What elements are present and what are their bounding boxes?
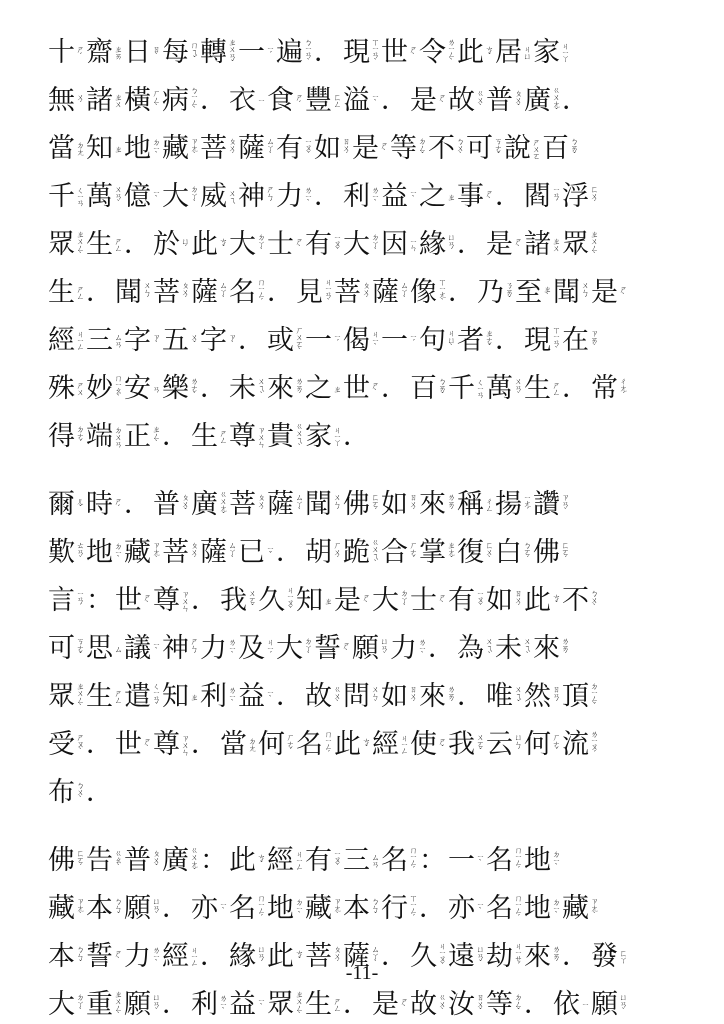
hanzi: 願	[352, 635, 379, 662]
zhuyin-annotation: ㄨˊ	[76, 93, 84, 108]
zhuyin-annotation: ㄗㄨㄣ	[181, 590, 189, 611]
zhuyin-annotation: ㄓㄞ	[114, 45, 122, 59]
hanzi: 如	[314, 135, 341, 162]
annotated-character: 眾ㄓㄨㄥˋ	[48, 230, 84, 259]
punctuation: ．	[381, 87, 408, 114]
annotated-character: 諸ㄓㄨ	[86, 87, 122, 114]
zhuyin-annotation: ㄓㄨ	[114, 93, 122, 107]
annotated-character: 不ㄅㄨˋ	[428, 135, 464, 162]
zhuyin-annotation: ㄨㄣˋ	[371, 685, 379, 707]
hanzi: 合	[381, 539, 408, 566]
zhuyin-annotation: ㄌㄧˋ	[228, 686, 236, 706]
annotated-character: 如ㄖㄨˊ	[486, 587, 522, 614]
zhuyin-annotation: ㄕㄨㄛ	[532, 138, 540, 159]
zhuyin-annotation: ㄌㄞˊ	[447, 685, 455, 707]
page-number: -11-	[0, 962, 724, 985]
zhuyin-annotation: ㄐㄧㄡˇ	[286, 586, 294, 613]
text-line: 殊ㄕㄨ妙ㄇㄧㄠˋ安ㄢ樂ㄌㄜˋ．未ㄨㄟˋ來ㄌㄞˊ之ㄓ世ㄕˋ．百ㄅㄞˇ千ㄑㄧㄢ萬ㄨㄢ…	[48, 364, 688, 412]
hanzi: 貴	[267, 423, 294, 450]
hanzi: 千	[448, 375, 475, 402]
annotated-character: 百ㄅㄞˇ	[410, 375, 446, 402]
zhuyin-annotation: ㄕㄣˊ	[190, 637, 198, 659]
annotated-character: 菩ㄆㄨˊ	[334, 279, 370, 306]
annotated-character: 大ㄉㄚˋ	[276, 635, 312, 662]
hanzi: 大	[162, 183, 189, 210]
annotated-character: 願ㄩㄢˋ	[352, 635, 388, 662]
zhuyin-annotation: ㄉㄧˋ	[295, 898, 303, 918]
zhuyin-annotation: ㄗㄞˋ	[590, 329, 598, 351]
punctuation: ．	[124, 491, 151, 518]
annotated-character: 遣ㄑㄧㄢˇ	[124, 682, 160, 709]
annotated-character: 名ㄇㄧㄥˊ	[296, 730, 332, 757]
annotated-character: 本ㄅㄣˇ	[86, 895, 122, 922]
hanzi: 萬	[86, 183, 113, 210]
hanzi: 汝	[448, 991, 475, 1018]
annotated-character: 等ㄉㄥˇ	[486, 991, 522, 1018]
zhuyin-annotation: ㄧ	[581, 1001, 589, 1006]
zhuyin-annotation: ㄨㄣˊ	[143, 281, 151, 303]
paragraph: 十ㄕˊ齋ㄓㄞ日ㄖˋ每ㄇㄟˇ轉ㄓㄨㄢˇ一ㄧˊ遍ㄅㄧㄢˋ．現ㄒㄧㄢˋ世ㄕˋ令ㄌㄧㄥˋ…	[48, 28, 688, 460]
annotated-character: 三ㄙㄢ	[343, 847, 379, 874]
zhuyin-annotation: ㄒㄧㄢˋ	[552, 326, 560, 353]
hanzi: 來	[419, 491, 446, 518]
zhuyin-annotation: ㄈㄨˋ	[485, 541, 493, 563]
hanzi: 威	[200, 183, 227, 210]
annotated-character: 之ㄓ	[419, 183, 455, 210]
zhuyin-annotation: ㄈㄛˊ	[561, 541, 569, 563]
annotated-character: 重ㄓㄨㄥˋ	[86, 990, 122, 1019]
zhuyin-annotation: ㄆㄨˊ	[181, 281, 189, 303]
hanzi: 聞	[553, 279, 580, 306]
annotated-character: 千ㄑㄧㄢ	[48, 183, 84, 210]
hanzi: 名	[486, 895, 513, 922]
hanzi: 當	[48, 135, 75, 162]
annotated-character: 利ㄌㄧˋ	[200, 683, 236, 710]
zhuyin-annotation: ㄩㄢˋ	[619, 993, 627, 1015]
hanzi: 等	[390, 135, 417, 162]
annotated-character: 閻ㄧㄢˊ	[524, 183, 560, 210]
hanzi: 此	[524, 587, 551, 614]
hanzi: 家	[305, 423, 332, 450]
zhuyin-annotation: ㄨㄣˊ	[581, 281, 589, 303]
zhuyin-annotation: ㄕˊ	[76, 45, 84, 60]
zhuyin-annotation: ㄘˇ	[362, 737, 370, 752]
zhuyin-annotation: ㄕˋ	[143, 737, 151, 752]
hanzi: 無	[48, 87, 75, 114]
annotated-character: 橫ㄏㄥˋ	[124, 87, 160, 114]
annotated-character: 聞ㄨㄣˊ	[305, 491, 341, 518]
punctuation: ．	[314, 39, 341, 66]
zhuyin-annotation: ㄐㄧㄚ	[333, 426, 341, 445]
text-line: 當ㄉㄤ知ㄓ地ㄉㄧˋ藏ㄗㄤˋ菩ㄆㄨˊ薩ㄙㄚˋ有ㄧㄡˇ如ㄖㄨˊ是ㄕˋ等ㄉㄥˇ不ㄅㄨˋ…	[48, 124, 688, 172]
annotated-character: 有ㄧㄡˇ	[305, 231, 341, 258]
annotated-character: 萬ㄨㄢˋ	[86, 183, 122, 210]
hanzi: 我	[448, 731, 475, 758]
annotated-character: 問ㄨㄣˋ	[343, 683, 379, 710]
hanzi: 云	[486, 731, 513, 758]
zhuyin-annotation: ㄧˋ	[257, 997, 265, 1010]
hanzi: 神	[238, 183, 265, 210]
annotated-character: 字ㄗˋ	[124, 327, 160, 354]
zhuyin-annotation: ㄧˊ	[409, 333, 417, 346]
hanzi: 之	[419, 183, 446, 210]
annotated-character: 來ㄌㄞˊ	[267, 375, 303, 402]
hanzi: 問	[343, 683, 370, 710]
punctuation: ．	[86, 779, 113, 806]
zhuyin-annotation: ㄇㄧㄥˊ	[514, 846, 522, 873]
zhuyin-annotation: ㄘˇ	[485, 45, 493, 60]
punctuation: ：	[200, 847, 227, 874]
hanzi: 經	[372, 731, 399, 758]
hanzi: 有	[305, 847, 332, 874]
annotated-character: 生ㄕㄥ	[86, 683, 122, 710]
hanzi: 是	[334, 587, 361, 614]
zhuyin-annotation: ㄘˇ	[257, 853, 265, 868]
paragraph: 爾ㄦˇ時ㄕˊ．普ㄆㄨˇ廣ㄍㄨㄤˇ菩ㄆㄨˊ薩ㄙㄚˋ聞ㄨㄣˊ佛ㄈㄛˊ如ㄖㄨˊ來ㄌㄞˊ…	[48, 480, 688, 816]
hanzi: 安	[124, 375, 151, 402]
hanzi: 殊	[48, 375, 75, 402]
hanzi: 力	[200, 635, 227, 662]
annotated-character: 每ㄇㄟˇ	[162, 39, 198, 66]
hanzi: 正	[124, 423, 151, 450]
hanzi: 藏	[48, 895, 75, 922]
zhuyin-annotation: ㄑㄧㄢ	[476, 378, 484, 397]
zhuyin-annotation: ㄇㄧㄠˋ	[114, 374, 122, 401]
annotated-character: 衣ㄧ	[229, 87, 265, 114]
zhuyin-annotation: ㄌㄧˋ	[418, 638, 426, 658]
zhuyin-annotation: ㄇㄧㄥˊ	[324, 730, 332, 757]
annotated-character: 稱ㄔㄥ	[457, 491, 493, 518]
hanzi: 之	[305, 375, 332, 402]
hanzi: 百	[542, 135, 569, 162]
zhuyin-annotation: ㄕˋ	[438, 93, 446, 108]
zhuyin-annotation: ㄢ	[152, 385, 160, 392]
annotated-character: 汝ㄖㄨˇ	[448, 991, 484, 1018]
text-line: 千ㄑㄧㄢ萬ㄨㄢˋ億ㄧˋ大ㄉㄚˋ威ㄨㄟ神ㄕㄣˊ力ㄌㄧˋ．利ㄌㄧˋ益ㄧˋ之ㄓ事ㄕˋ．…	[48, 172, 688, 220]
zhuyin-annotation: ㄉㄚˋ	[371, 233, 379, 255]
hanzi: 是	[352, 135, 379, 162]
hanzi: 菩	[229, 491, 256, 518]
annotated-character: 乃ㄋㄞˇ	[477, 279, 513, 306]
hanzi: 像	[410, 279, 437, 306]
zhuyin-annotation: ㄧˇ	[266, 545, 274, 558]
zhuyin-annotation: ㄅㄣˇ	[371, 897, 379, 919]
annotated-character: 地ㄉㄧˋ	[524, 847, 560, 874]
zhuyin-annotation: ㄓㄥˋ	[152, 425, 160, 447]
annotated-character: 地ㄉㄧˋ	[524, 895, 560, 922]
punctuation: ．	[419, 895, 446, 922]
annotated-character: 故ㄍㄨˋ	[448, 87, 484, 114]
annotated-character: 益ㄧˋ	[229, 991, 265, 1018]
hanzi: 菩	[334, 279, 361, 306]
annotated-character: 遍ㄅㄧㄢˋ	[276, 38, 312, 65]
annotated-character: 未ㄨㄟˋ	[229, 375, 265, 402]
zhuyin-annotation: ㄌㄞˊ	[561, 637, 569, 659]
zhuyin-annotation: ㄍㄠˋ	[114, 849, 122, 871]
annotated-character: 佛ㄈㄛˊ	[343, 491, 379, 518]
annotated-character: 者ㄓㄜˇ	[457, 327, 493, 354]
annotated-character: 此ㄘˇ	[229, 847, 265, 874]
hanzi: 者	[457, 327, 484, 354]
hanzi: 名	[229, 895, 256, 922]
zhuyin-annotation: ㄆㄨˊ	[228, 137, 236, 159]
zhuyin-annotation: ㄌㄧˋ	[219, 994, 227, 1014]
annotated-character: 告ㄍㄠˋ	[86, 847, 122, 874]
punctuation: ．	[162, 423, 189, 450]
hanzi: 世	[115, 731, 142, 758]
zhuyin-annotation: ㄌㄞˊ	[295, 377, 303, 399]
annotated-character: 尊ㄗㄨㄣ	[153, 731, 189, 758]
hanzi: 如	[381, 491, 408, 518]
hanzi: 行	[381, 895, 408, 922]
zhuyin-annotation: ㄐㄧㄢˋ	[324, 278, 332, 305]
zhuyin-annotation: ㄓㄨㄥˋ	[295, 990, 303, 1019]
zhuyin-annotation: ㄗㄤˋ	[190, 137, 198, 159]
annotated-character: 久ㄐㄧㄡˇ	[258, 586, 294, 613]
zhuyin-annotation: ㄕˊ	[114, 497, 122, 512]
zhuyin-annotation: ㄓˋ	[543, 285, 551, 300]
zhuyin-annotation: ㄧˋ	[409, 189, 417, 202]
annotated-character: 事ㄕˋ	[457, 183, 493, 210]
hanzi: 大	[48, 991, 75, 1018]
hanzi: 利	[200, 683, 227, 710]
zhuyin-annotation: ㄏㄜˊ	[409, 541, 417, 563]
annotated-character: 依ㄧ	[553, 991, 589, 1018]
annotated-character: 跪ㄍㄨㄟˋ	[343, 538, 379, 567]
hanzi: 利	[191, 991, 218, 1018]
annotated-character: 是ㄕˋ	[372, 991, 408, 1018]
annotated-character: 故ㄍㄨˋ	[410, 991, 446, 1018]
hanzi: 是	[372, 991, 399, 1018]
zhuyin-annotation: ㄕㄥ	[333, 997, 341, 1011]
zhuyin-annotation: ㄉㄨㄢ	[114, 426, 122, 447]
hanzi: 此	[229, 847, 256, 874]
annotated-character: 願ㄩㄢˋ	[591, 991, 627, 1018]
annotated-character: 像ㄒㄧㄤˋ	[410, 278, 446, 305]
zhuyin-annotation: ㄅㄞˇ	[438, 377, 446, 399]
hanzi: 如	[381, 683, 408, 710]
annotated-character: 一ㄧˋ	[448, 847, 484, 874]
text-line: 十ㄕˊ齋ㄓㄞ日ㄖˋ每ㄇㄟˇ轉ㄓㄨㄢˇ一ㄧˊ遍ㄅㄧㄢˋ．現ㄒㄧㄢˋ世ㄕˋ令ㄌㄧㄥˋ…	[48, 28, 688, 76]
punctuation: ．	[448, 279, 475, 306]
annotated-character: 藏ㄗㄤˋ	[162, 135, 198, 162]
hanzi: 使	[410, 731, 437, 758]
hanzi: 五	[162, 327, 189, 354]
hanzi: 等	[486, 991, 513, 1018]
hanzi: 地	[124, 135, 151, 162]
hanzi: 令	[419, 39, 446, 66]
zhuyin-annotation: ㄆㄨˊ	[257, 493, 265, 515]
hanzi: 願	[591, 991, 618, 1018]
hanzi: 溢	[343, 87, 370, 114]
hanzi: 益	[238, 683, 265, 710]
annotated-character: 佛ㄈㄛˊ	[533, 539, 569, 566]
hanzi: 神	[162, 635, 189, 662]
hanzi: 讚	[533, 491, 560, 518]
hanzi: 白	[495, 539, 522, 566]
zhuyin-annotation: ㄆㄨˊ	[362, 281, 370, 303]
zhuyin-annotation: ㄗㄤˋ	[333, 897, 341, 919]
annotated-character: 利ㄌㄧˋ	[191, 991, 227, 1018]
zhuyin-annotation: ㄓ	[324, 597, 332, 604]
hanzi: 生	[305, 991, 332, 1018]
zhuyin-annotation: ㄧˊ	[266, 45, 274, 58]
hanzi: 名	[296, 731, 323, 758]
hanzi: 益	[381, 183, 408, 210]
annotated-character: 經ㄐㄧㄥ	[267, 847, 303, 874]
annotated-character: 知ㄓ	[296, 587, 332, 614]
annotated-character: 菩ㄆㄨˊ	[153, 279, 189, 306]
zhuyin-annotation: ㄒㄧㄥˊ	[409, 894, 417, 921]
annotated-character: 世ㄕˋ	[381, 39, 417, 66]
annotated-character: 生ㄕㄥ	[86, 231, 122, 258]
zhuyin-annotation: ㄨˇ	[190, 333, 198, 348]
annotated-character: 益ㄧˋ	[381, 183, 417, 210]
hanzi: 三	[343, 847, 370, 874]
zhuyin-annotation: ㄉㄚˋ	[304, 637, 312, 659]
zhuyin-annotation: ㄘˇ	[552, 593, 560, 608]
hanzi: 橫	[124, 87, 151, 114]
annotated-character: 大ㄉㄚˋ	[229, 231, 265, 258]
hanzi: 現	[343, 39, 370, 66]
punctuation: ．	[191, 731, 218, 758]
annotated-character: 是ㄕˋ	[334, 587, 370, 614]
zhuyin-annotation: ㄩㄣˊ	[514, 733, 522, 755]
hanzi: 此	[457, 39, 484, 66]
annotated-character: 家ㄐㄧㄚ	[533, 39, 569, 66]
zhuyin-annotation: ㄕˋ	[409, 45, 417, 60]
punctuation: ．	[124, 231, 151, 258]
text-line: 大ㄉㄚˋ重ㄓㄨㄥˋ願ㄩㄢˋ．利ㄌㄧˋ益ㄧˋ眾ㄓㄨㄥˋ生ㄕㄥ．是ㄕˋ故ㄍㄨˋ汝ㄖㄨ…	[48, 980, 688, 1024]
annotated-character: 佛ㄈㄛˊ	[48, 847, 84, 874]
hanzi: 菩	[153, 279, 180, 306]
hanzi: 胡	[305, 539, 332, 566]
annotated-character: 殊ㄕㄨ	[48, 375, 84, 402]
text-line: 無ㄨˊ諸ㄓㄨ橫ㄏㄥˋ病ㄅㄧㄥˋ．衣ㄧ食ㄕˊ豐ㄈㄥ溢ㄧˋ．是ㄕˋ故ㄍㄨˋ普ㄆㄨˇ廣…	[48, 76, 688, 124]
annotated-character: 亦ㄧˋ	[448, 895, 484, 922]
punctuation: ．	[162, 991, 189, 1018]
annotated-character: 令ㄌㄧㄥˋ	[419, 38, 455, 65]
zhuyin-annotation: ㄗˋ	[152, 333, 160, 348]
annotated-character: 力ㄌㄧˋ	[276, 183, 312, 210]
zhuyin-annotation: ㄇㄟˇ	[190, 41, 198, 63]
hanzi: 藏	[562, 895, 589, 922]
hanzi: 佛	[48, 847, 75, 874]
annotated-character: 溢ㄧˋ	[343, 87, 379, 114]
hanzi: 生	[86, 231, 113, 258]
hanzi: 可	[48, 635, 75, 662]
annotated-character: 等ㄉㄥˇ	[390, 135, 426, 162]
hanzi: 願	[124, 895, 151, 922]
hanzi: 來	[267, 375, 294, 402]
punctuation: ．	[495, 183, 522, 210]
zhuyin-annotation: ㄖㄨˊ	[409, 493, 417, 515]
annotated-character: 普ㄆㄨˇ	[153, 491, 189, 518]
annotated-character: 士ㄕˋ	[410, 587, 446, 614]
annotated-character: 普ㄆㄨˇ	[124, 847, 160, 874]
zhuyin-annotation: ㄌㄞˊ	[447, 493, 455, 515]
hanzi: 字	[124, 327, 151, 354]
text-line: 佛ㄈㄛˊ告ㄍㄠˋ普ㄆㄨˇ廣ㄍㄨㄤˇ：此ㄘˇ經ㄐㄧㄥ有ㄧㄡˇ三ㄙㄢ名ㄇㄧㄥˊ：一ㄧ…	[48, 836, 688, 884]
hanzi: 議	[124, 635, 151, 662]
annotated-character: 經ㄐㄧㄥ	[372, 731, 408, 758]
annotated-character: 藏ㄗㄤˋ	[305, 895, 341, 922]
zhuyin-annotation: ㄗㄨㄣ	[181, 734, 189, 755]
annotated-character: 是ㄕˋ	[591, 279, 627, 306]
zhuyin-annotation: ㄔㄥ	[485, 497, 493, 511]
hanzi: 未	[229, 375, 256, 402]
annotated-character: 廣ㄍㄨㄤˇ	[162, 846, 198, 875]
zhuyin-annotation: ㄗㄤˋ	[152, 541, 160, 563]
hanzi: 地	[524, 847, 551, 874]
hanzi: 世	[343, 375, 370, 402]
hanzi: 受	[48, 731, 75, 758]
annotated-character: 名ㄇㄧㄥˊ	[229, 894, 265, 921]
zhuyin-annotation: ㄨㄛˇ	[248, 589, 256, 611]
annotated-character: 生ㄕㄥ	[305, 991, 341, 1018]
document-page: 十ㄕˊ齋ㄓㄞ日ㄖˋ每ㄇㄟˇ轉ㄓㄨㄢˇ一ㄧˊ遍ㄅㄧㄢˋ．現ㄒㄧㄢˋ世ㄕˋ令ㄌㄧㄥˋ…	[48, 28, 688, 1024]
punctuation: ．	[191, 587, 218, 614]
hanzi: 布	[48, 779, 75, 806]
zhuyin-annotation: ㄕㄣˊ	[266, 185, 274, 207]
annotated-character: 眾ㄓㄨㄥˋ	[48, 682, 84, 711]
hanzi: 句	[419, 327, 446, 354]
zhuyin-annotation: ㄙㄚˋ	[219, 281, 227, 303]
annotated-character: 此ㄘˇ	[191, 231, 227, 258]
annotated-character: 字ㄗˋ	[200, 327, 236, 354]
zhuyin-annotation: ㄖㄨˊ	[514, 589, 522, 611]
hanzi: 菩	[162, 539, 189, 566]
annotated-character: 樂ㄌㄜˋ	[162, 375, 198, 402]
zhuyin-annotation: ㄏㄜˊ	[552, 733, 560, 755]
zhuyin-annotation: ㄧㄡˇ	[304, 138, 312, 158]
annotated-character: 一ㄧˊ	[381, 327, 417, 354]
annotated-character: 薩ㄙㄚˋ	[200, 539, 236, 566]
punctuation: ．	[276, 683, 303, 710]
hanzi: 尊	[153, 587, 180, 614]
zhuyin-annotation: ㄕㄥ	[552, 381, 560, 395]
hanzi: 普	[124, 847, 151, 874]
zhuyin-annotation: ㄖㄢˊ	[552, 685, 560, 707]
hanzi: 重	[86, 991, 113, 1018]
text-line: 布ㄅㄨˋ．	[48, 768, 688, 816]
zhuyin-annotation: ㄇㄧㄥˊ	[409, 846, 417, 873]
annotated-character: 揚ㄧㄤˊ	[495, 491, 531, 518]
hanzi: 眾	[267, 991, 294, 1018]
zhuyin-annotation: ㄨㄛˇ	[476, 733, 484, 755]
annotated-character: 利ㄌㄧˋ	[343, 183, 379, 210]
zhuyin-annotation: ㄓㄨㄢˇ	[228, 38, 236, 67]
annotated-character: 五ㄨˇ	[162, 327, 198, 354]
hanzi: 佛	[533, 539, 560, 566]
annotated-character: 或ㄏㄨㄛˋ	[267, 326, 303, 355]
zhuyin-annotation: ㄕˋ	[342, 641, 350, 656]
zhuyin-annotation: ㄕㄡˋ	[76, 733, 84, 755]
annotated-character: 大ㄉㄚˋ	[162, 183, 198, 210]
annotated-character: 為ㄨㄟˋ	[457, 635, 493, 662]
hanzi: 每	[162, 39, 189, 66]
hanzi: 端	[86, 423, 113, 450]
hanzi: 有	[448, 587, 475, 614]
annotated-character: 唯ㄨㄟˇ	[486, 683, 522, 710]
zhuyin-annotation: ㄙㄚˋ	[295, 493, 303, 515]
hanzi: 唯	[486, 683, 513, 710]
hanzi: 此	[334, 731, 361, 758]
annotated-character: 日ㄖˋ	[124, 39, 160, 66]
annotated-character: 億ㄧˋ	[124, 183, 160, 210]
hanzi: 亦	[448, 895, 475, 922]
hanzi: 益	[229, 991, 256, 1018]
